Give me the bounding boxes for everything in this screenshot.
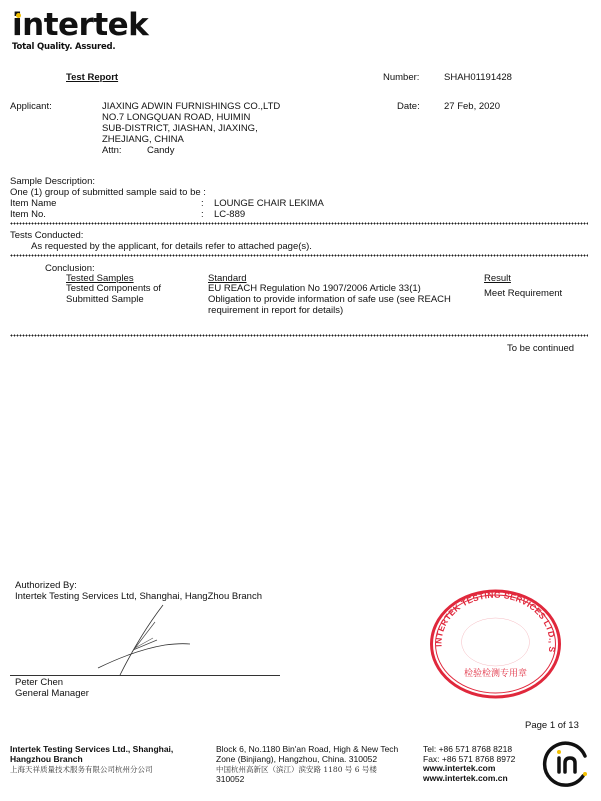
to-be-continued: To be continued: [507, 343, 574, 354]
tagline: Total Quality. Assured.: [12, 42, 148, 52]
sample-intro: One (1) group of submitted sample said t…: [10, 187, 206, 198]
attn-row: Attn:Candy: [102, 145, 280, 156]
standard-line: Obligation to provide information of saf…: [208, 294, 451, 305]
sample-description: Sample Description: One (1) group of sub…: [10, 176, 206, 198]
item-no-label: Item No.: [10, 209, 46, 220]
svg-text:INTERTEK TESTING SERVICES LTD.: INTERTEK TESTING SERVICES LTD., SHANGHAI…: [428, 588, 558, 653]
logo-dot-icon: [16, 13, 21, 18]
footer-address-zip: 310052: [216, 775, 398, 785]
standard-line: EU REACH Regulation No 1907/2006 Article…: [208, 283, 451, 294]
footer-company: Intertek Testing Services Ltd., Shanghai…: [10, 745, 173, 775]
dotted-separator: [10, 254, 588, 257]
applicant-line: SUB-DISTRICT, JIASHAN, JIAXING,: [102, 123, 280, 134]
report-title: Test Report: [66, 72, 118, 83]
result-cell: Meet Requirement: [484, 288, 562, 299]
applicant-label: Applicant:: [10, 101, 52, 112]
signatory-title: General Manager: [15, 688, 89, 699]
authorized-by: Authorized By: Intertek Testing Services…: [15, 580, 262, 602]
item-no-sep: :: [201, 209, 204, 220]
intertek-in-logo-icon: [539, 738, 591, 788]
date-label: Date:: [397, 101, 420, 112]
footer-address: Block 6, No.1180 Bin'an Road, High & New…: [216, 745, 398, 785]
footer-address-line: Zone (Binjiang), Hangzhou, China. 310052: [216, 755, 398, 765]
footer-website-cn[interactable]: www.intertek.com.cn: [423, 774, 515, 784]
tested-sample-cell: Tested Components of Submitted Sample: [66, 283, 161, 305]
signatory: Peter Chen General Manager: [15, 677, 89, 699]
logo-wordmark: intertek: [12, 10, 148, 41]
footer-company-cn: 上海天祥质量技术服务有限公司杭州分公司: [10, 764, 173, 775]
footer-contact: Tel: +86 571 8768 8218 Fax: +86 571 8768…: [423, 745, 515, 783]
attn-value: Candy: [147, 145, 174, 156]
tests-text: As requested by the applicant, for detai…: [31, 241, 312, 252]
dotted-separator: [10, 222, 588, 225]
signature-line: [10, 675, 280, 676]
item-no-value: LC-889: [214, 209, 245, 220]
intertek-logo: intertek Total Quality. Assured.: [12, 10, 148, 52]
tested-sample-line: Tested Components of: [66, 283, 161, 294]
dotted-separator: [10, 334, 588, 337]
authorized-label: Authorized By:: [15, 580, 262, 591]
sample-heading: Sample Description:: [10, 176, 206, 187]
applicant-line: NO.7 LONGQUAN ROAD, HUIMIN: [102, 112, 280, 123]
signature-icon: [95, 600, 195, 675]
applicant-address: JIAXING ADWIN FURNISHINGS CO.,LTD NO.7 L…: [102, 101, 280, 156]
item-name-value: LOUNGE CHAIR LEKIMA: [214, 198, 324, 209]
logo-text: intertek: [12, 7, 148, 43]
footer-company-line: Hangzhou Branch: [10, 755, 173, 765]
tested-sample-line: Submitted Sample: [66, 294, 161, 305]
attn-label: Attn:: [102, 145, 147, 156]
report-date: 27 Feb, 2020: [444, 101, 500, 112]
item-name-label: Item Name: [10, 198, 56, 209]
company-stamp-icon: INTERTEK TESTING SERVICES LTD., SHANGHAI…: [428, 588, 563, 700]
report-number: SHAH01191428: [444, 72, 512, 83]
tests-heading: Tests Conducted:: [10, 230, 83, 241]
number-label: Number:: [383, 72, 419, 83]
applicant-line: JIAXING ADWIN FURNISHINGS CO.,LTD: [102, 101, 280, 112]
svg-text:检验检测专用章: 检验检测专用章: [464, 667, 527, 679]
standard-cell: EU REACH Regulation No 1907/2006 Article…: [208, 283, 451, 316]
page-indicator: Page 1 of 13: [525, 720, 579, 731]
applicant-line: ZHEJIANG, CHINA: [102, 134, 280, 145]
standard-line: requirement in report for details): [208, 305, 451, 316]
signatory-name: Peter Chen: [15, 677, 89, 688]
col-result: Result: [484, 273, 511, 284]
item-name-sep: :: [201, 198, 204, 209]
